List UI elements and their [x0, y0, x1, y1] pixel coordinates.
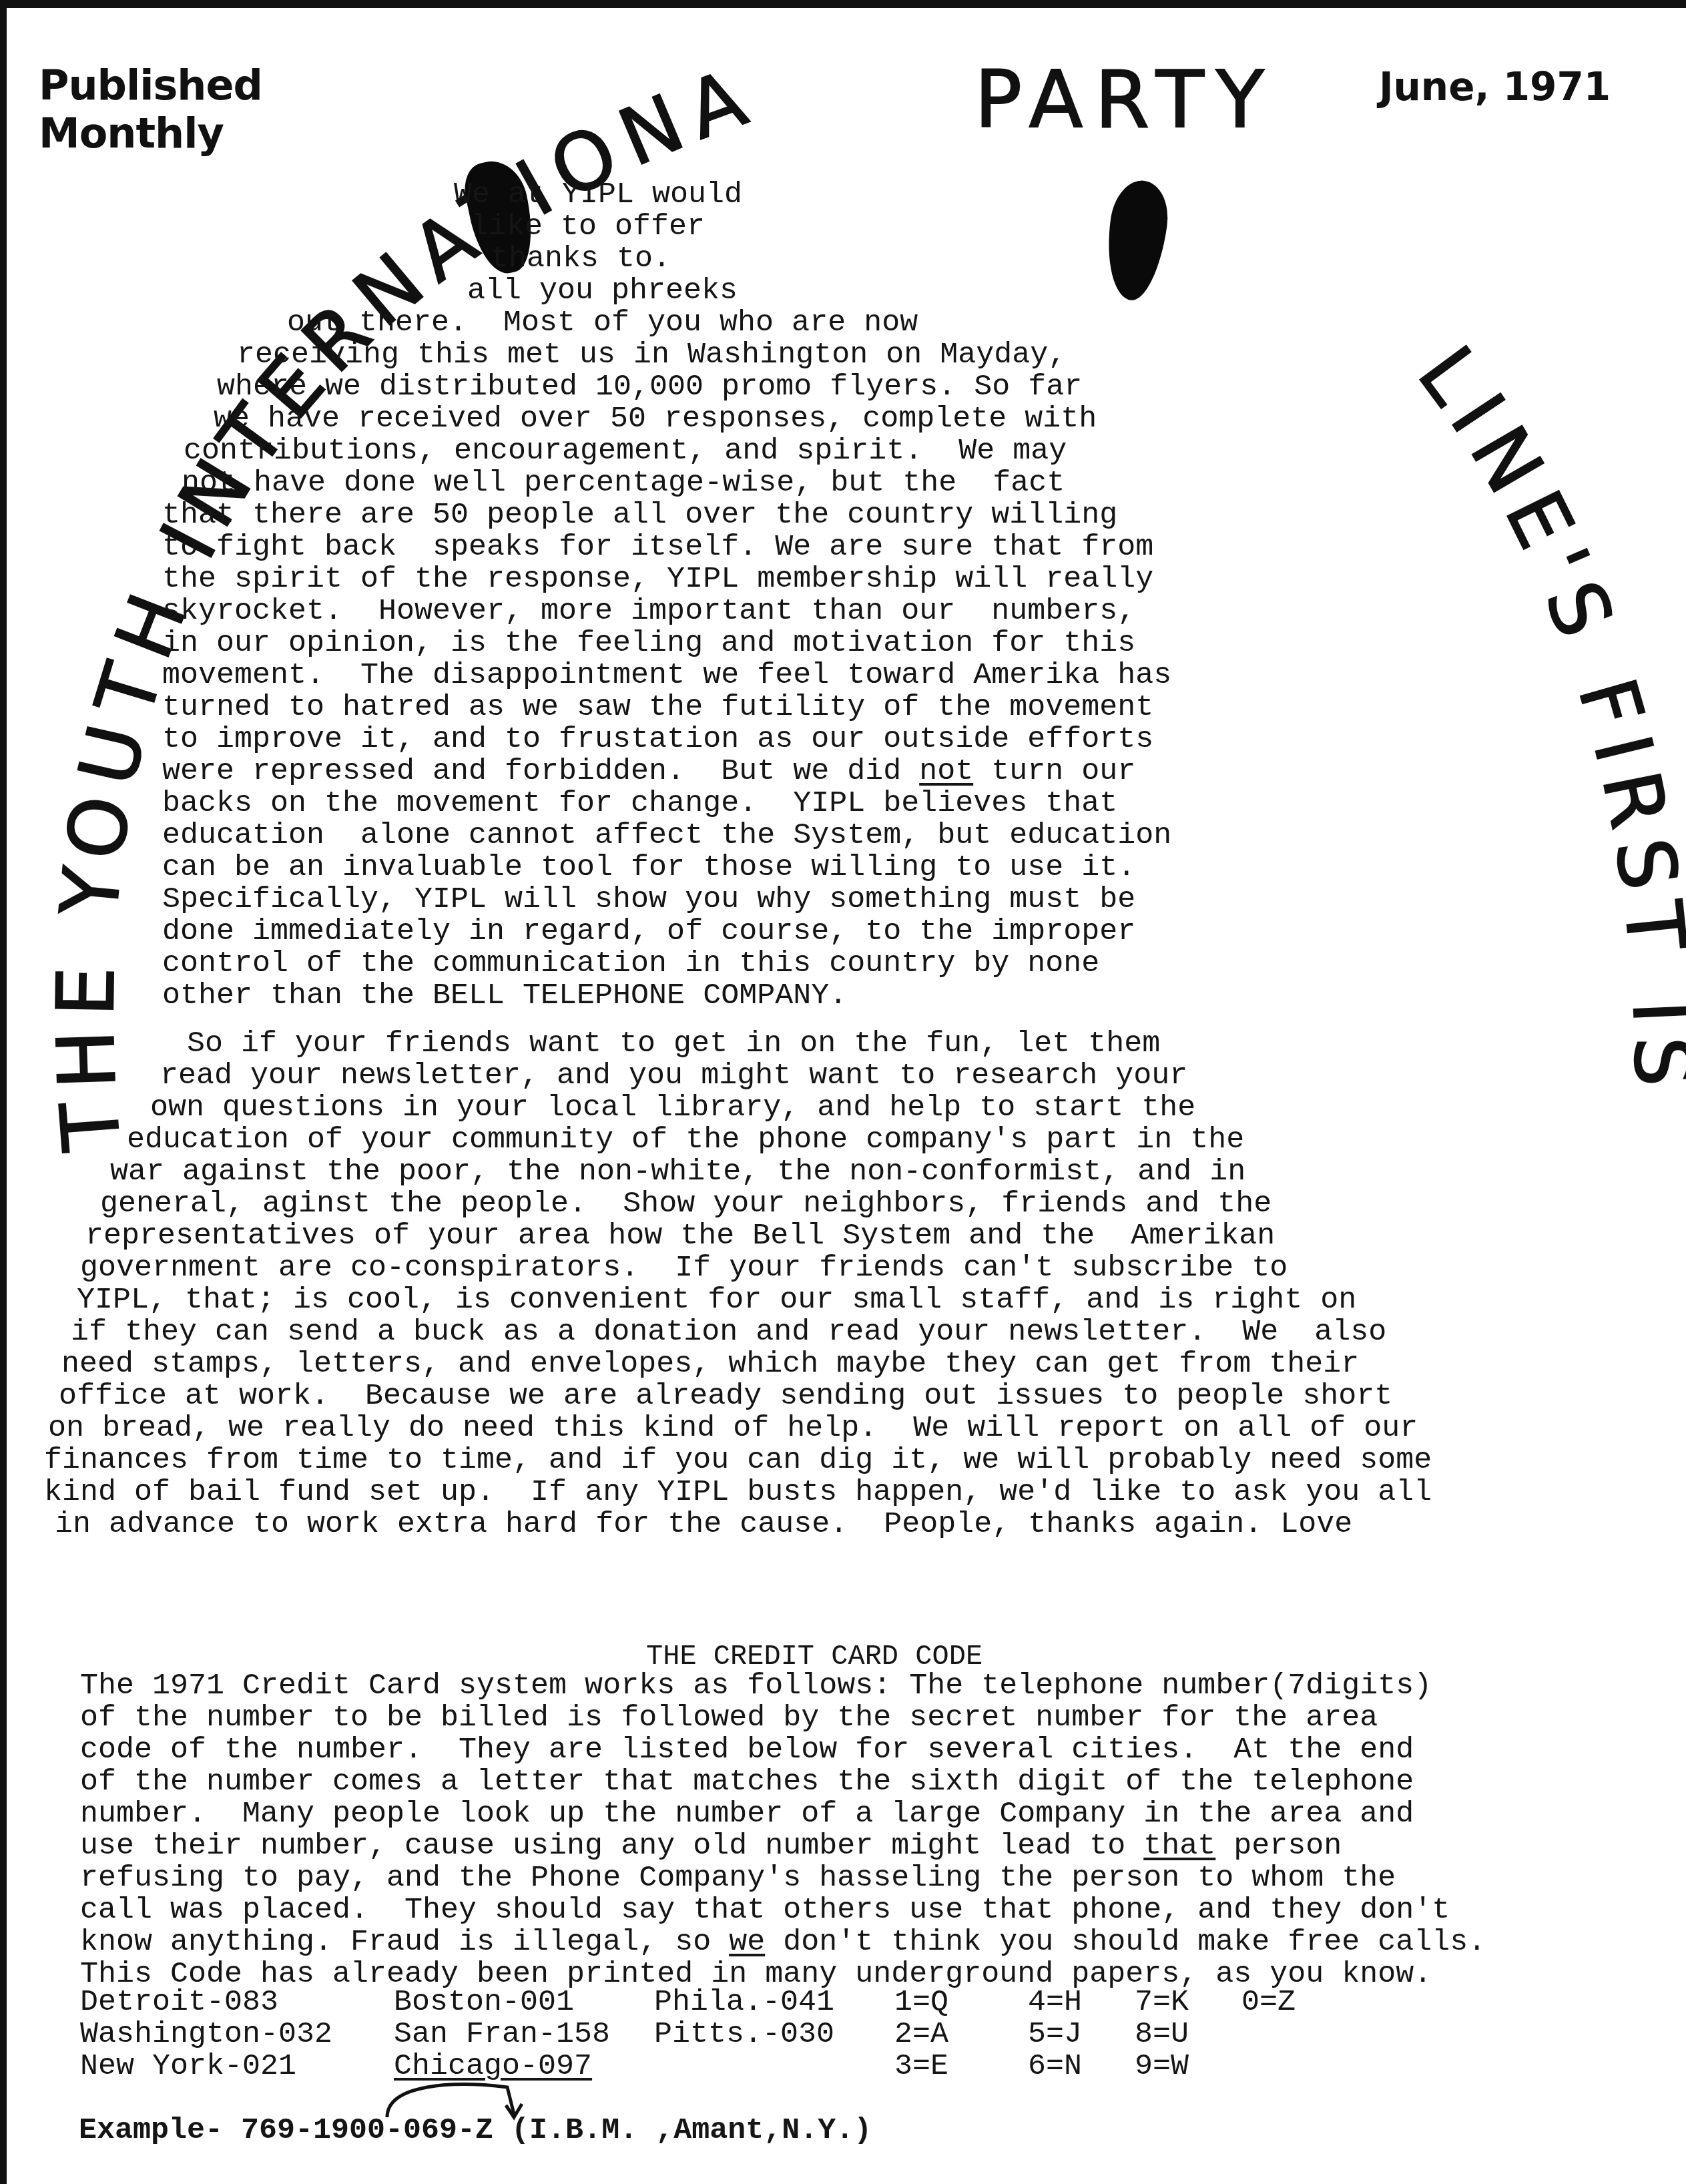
- letter-line: contributions, encouragement, and spirit…: [0, 435, 1686, 467]
- letter-line: in our opinion, is the feeling and motiv…: [0, 627, 1686, 659]
- digit-letter-pair: 3=E: [894, 2051, 948, 2083]
- digit-letter-pair: 6=N: [1028, 2051, 1082, 2083]
- letter-line: YIPL, that; is cool, is convenient for o…: [0, 1284, 1686, 1316]
- letter-line: not have done well percentage-wise, but …: [0, 467, 1686, 499]
- letter-line: that there are 50 people all over the co…: [0, 499, 1686, 531]
- letter-line: turned to hatred as we saw the futility …: [0, 692, 1686, 724]
- letter-line: general, aginst the people. Show your ne…: [0, 1188, 1686, 1220]
- letter-line: skyrocket. However, more important than …: [0, 595, 1686, 627]
- letter-line: done immediately in regard, of course, t…: [0, 916, 1686, 948]
- city-code: Detroit-083: [80, 1986, 278, 2018]
- digit-letter-pair: 1=Q: [894, 1986, 948, 2018]
- letter-line: can be an invaluable tool for those will…: [0, 852, 1686, 884]
- digit-letter-pair: 4=H: [1028, 1986, 1082, 2018]
- letter-line: out there. Most of you who are now: [0, 307, 1686, 339]
- letter-line: thanks to.: [0, 243, 1686, 275]
- letter-line: control of the communication in this cou…: [0, 948, 1686, 980]
- city-code: Boston-001: [394, 1986, 574, 2018]
- city-code: San Fran-158: [394, 2018, 610, 2051]
- city-code: Washington-032: [80, 2018, 332, 2051]
- city-code: Pitts.-030: [654, 2018, 834, 2051]
- letter-line: read your newsletter, and you might want…: [0, 1060, 1686, 1092]
- example-code: Example- 769-1900-069-Z (I.B.M. ,Amant,N…: [79, 2115, 872, 2147]
- letter-line: to improve it, and to frustation as our …: [0, 724, 1686, 756]
- credit-card-line: call was placed. They should say that ot…: [80, 1894, 1486, 1926]
- letter-line: in advance to work extra hard for the ca…: [0, 1509, 1686, 1541]
- letter-line: So if your friends want to get in on the…: [0, 1028, 1686, 1060]
- letter-line: the spirit of the response, YIPL members…: [0, 563, 1686, 595]
- credit-card-line: of the number to be billed is followed b…: [80, 1702, 1486, 1734]
- credit-card-line: use their number, cause using any old nu…: [80, 1830, 1486, 1862]
- digit-letter-pair: 7=K: [1135, 1986, 1189, 2018]
- letter-line: representatives of your area how the Bel…: [0, 1220, 1686, 1252]
- digit-letter-pair: 8=U: [1135, 2018, 1189, 2051]
- letter-line: We at YIPL would: [0, 179, 1686, 211]
- digit-letter-pair: 5=J: [1028, 2018, 1082, 2051]
- city-code: New York-021: [80, 2051, 296, 2083]
- credit-card-code-heading: THE CREDIT CARD CODE: [646, 1641, 982, 1673]
- letter-line: own questions in your local library, and…: [0, 1092, 1686, 1124]
- letter-line: if they can send a buck as a donation an…: [0, 1316, 1686, 1348]
- letter-line: need stamps, letters, and envelopes, whi…: [0, 1348, 1686, 1380]
- letter-line: war against the poor, the non-white, the…: [0, 1156, 1686, 1188]
- intro-letter-body: We at YIPL wouldlike to offerthanks to.a…: [0, 179, 1686, 1541]
- digit-letter-pair: 9=W: [1135, 2051, 1189, 2083]
- credit-card-line: refusing to pay, and the Phone Company's…: [80, 1862, 1486, 1894]
- digit-letter-pair: 2=A: [894, 2018, 948, 2051]
- credit-card-line: of the number comes a letter that matche…: [80, 1766, 1486, 1798]
- letter-line: were repressed and forbidden. But we did…: [0, 756, 1686, 788]
- letter-line: education alone cannot affect the System…: [0, 820, 1686, 852]
- letter-line: to fight back speaks for itself. We are …: [0, 531, 1686, 563]
- letter-line: where we distributed 10,000 promo flyers…: [0, 371, 1686, 403]
- digit-letter-pair: 0=Z: [1241, 1986, 1296, 2018]
- letter-line: on bread, we really do need this kind of…: [0, 1412, 1686, 1444]
- credit-card-line: The 1971 Credit Card system works as fol…: [80, 1670, 1486, 1702]
- letter-line: [0, 1012, 1686, 1028]
- letter-line: education of your community of the phone…: [0, 1124, 1686, 1156]
- credit-card-line: number. Many people look up the number o…: [80, 1798, 1486, 1830]
- letter-line: movement. The disappointment we feel tow…: [0, 659, 1686, 692]
- letter-line: Specifically, YIPL will show you why som…: [0, 884, 1686, 916]
- letter-line: backs on the movement for change. YIPL b…: [0, 788, 1686, 820]
- masthead-party-text: PARTY: [974, 53, 1276, 146]
- credit-card-line: know anything. Fraud is illegal, so we d…: [80, 1926, 1486, 1958]
- letter-line: office at work. Because we are already s…: [0, 1380, 1686, 1412]
- credit-card-line: code of the number. They are listed belo…: [80, 1734, 1486, 1766]
- letter-line: other than the BELL TELEPHONE COMPANY.: [0, 980, 1686, 1012]
- credit-card-explanation: The 1971 Credit Card system works as fol…: [80, 1670, 1486, 1990]
- letter-line: like to offer: [0, 211, 1686, 243]
- letter-line: kind of bail fund set up. If any YIPL bu…: [0, 1476, 1686, 1509]
- letter-line: government are co-conspirators. If your …: [0, 1252, 1686, 1284]
- city-code: Phila.-041: [654, 1986, 834, 2018]
- letter-line: all you phreeks: [0, 275, 1686, 307]
- letter-line: we have received over 50 responses, comp…: [0, 403, 1686, 435]
- letter-line: receiving this met us in Washington on M…: [0, 339, 1686, 371]
- letter-line: finances from time to time, and if you c…: [0, 1444, 1686, 1476]
